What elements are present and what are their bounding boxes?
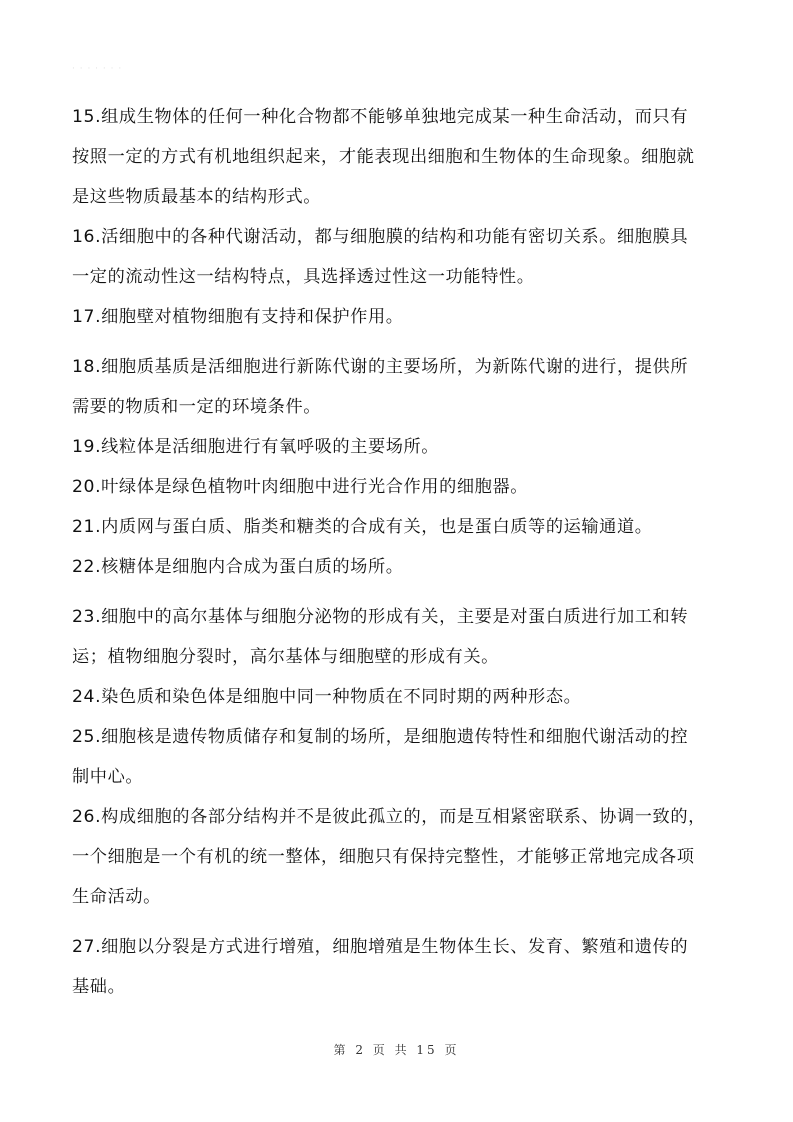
- paragraph-16: 16.活细胞中的各种代谢活动，都与细胞膜的结构和功能有密切关系。细胞膜具 一定的…: [72, 217, 732, 297]
- page-footer: 第 2 页 共 15 页: [0, 1041, 793, 1058]
- paragraph-15: 15.组成生物体的任何一种化合物都不能够单独地完成某一种生命活动，而只有 按照一…: [72, 97, 732, 217]
- text-line: 是这些物质最基本的结构形式。: [72, 177, 732, 217]
- text-line: 25.细胞核是遗传物质储存和复制的场所，是细胞遗传特性和细胞代谢活动的控: [72, 717, 732, 757]
- text-line: 27.细胞以分裂是方式进行增殖，细胞增殖是生物体生长、发育、繁殖和遗传的: [72, 927, 732, 967]
- text-line: 运；植物细胞分裂时，高尔基体与细胞壁的形成有关。: [72, 637, 732, 677]
- text-line: 制中心。: [72, 757, 732, 797]
- paragraph-21: 21.内质网与蛋白质、脂类和糖类的合成有关，也是蛋白质等的运输通道。: [72, 507, 732, 547]
- text-line: 24.染色质和染色体是细胞中同一种物质在不同时期的两种形态。: [72, 677, 732, 717]
- paragraph-24: 24.染色质和染色体是细胞中同一种物质在不同时期的两种形态。: [72, 677, 732, 717]
- text-line: 26.构成细胞的各部分结构并不是彼此孤立的，而是互相紧密联系、协调一致的，: [72, 797, 732, 837]
- text-line: 基础。: [72, 967, 732, 1007]
- text-line: 22.核糖体是细胞内合成为蛋白质的场所。: [72, 547, 732, 587]
- text-line: 16.活细胞中的各种代谢活动，都与细胞膜的结构和功能有密切关系。细胞膜具: [72, 217, 732, 257]
- text-line: 一个细胞是一个有机的统一整体，细胞只有保持完整性，才能够正常地完成各项: [72, 837, 732, 877]
- text-line: 按照一定的方式有机地组织起来，才能表现出细胞和生物体的生命现象。细胞就: [72, 137, 732, 177]
- paragraph-19: 19.线粒体是活细胞进行有氧呼吸的主要场所。: [72, 427, 732, 467]
- text-line: 一定的流动性这一结构特点，具选择透过性这一功能特性。: [72, 257, 732, 297]
- paragraph-27: 27.细胞以分裂是方式进行增殖，细胞增殖是生物体生长、发育、繁殖和遗传的 基础。: [72, 927, 732, 1007]
- text-line: 20.叶绿体是绿色植物叶肉细胞中进行光合作用的细胞器。: [72, 467, 732, 507]
- paragraph-18: 18.细胞质基质是活细胞进行新陈代谢的主要场所，为新陈代谢的进行，提供所 需要的…: [72, 347, 732, 427]
- text-line: 21.内质网与蛋白质、脂类和糖类的合成有关，也是蛋白质等的运输通道。: [72, 507, 732, 547]
- text-line: 生命活动。: [72, 877, 732, 917]
- paragraph-23: 23.细胞中的高尔基体与细胞分泌物的形成有关，主要是对蛋白质进行加工和转 运；植…: [72, 597, 732, 677]
- text-line: 需要的物质和一定的环境条件。: [72, 387, 732, 427]
- paragraph-17: 17.细胞壁对植物细胞有支持和保护作用。: [72, 297, 732, 337]
- document-page: · · · · · · · 15.组成生物体的任何一种化合物都不能够单独地完成某…: [0, 0, 793, 1122]
- text-line: 19.线粒体是活细胞进行有氧呼吸的主要场所。: [72, 427, 732, 467]
- text-line: 15.组成生物体的任何一种化合物都不能够单独地完成某一种生命活动，而只有: [72, 97, 732, 137]
- faint-header: · · · · · · ·: [72, 64, 122, 74]
- document-body: 15.组成生物体的任何一种化合物都不能够单独地完成某一种生命活动，而只有 按照一…: [72, 97, 732, 1007]
- text-line: 18.细胞质基质是活细胞进行新陈代谢的主要场所，为新陈代谢的进行，提供所: [72, 347, 732, 387]
- paragraph-26: 26.构成细胞的各部分结构并不是彼此孤立的，而是互相紧密联系、协调一致的， 一个…: [72, 797, 732, 917]
- text-line: 17.细胞壁对植物细胞有支持和保护作用。: [72, 297, 732, 337]
- paragraph-25: 25.细胞核是遗传物质储存和复制的场所，是细胞遗传特性和细胞代谢活动的控 制中心…: [72, 717, 732, 797]
- paragraph-20: 20.叶绿体是绿色植物叶肉细胞中进行光合作用的细胞器。: [72, 467, 732, 507]
- text-line: 23.细胞中的高尔基体与细胞分泌物的形成有关，主要是对蛋白质进行加工和转: [72, 597, 732, 637]
- paragraph-22: 22.核糖体是细胞内合成为蛋白质的场所。: [72, 547, 732, 587]
